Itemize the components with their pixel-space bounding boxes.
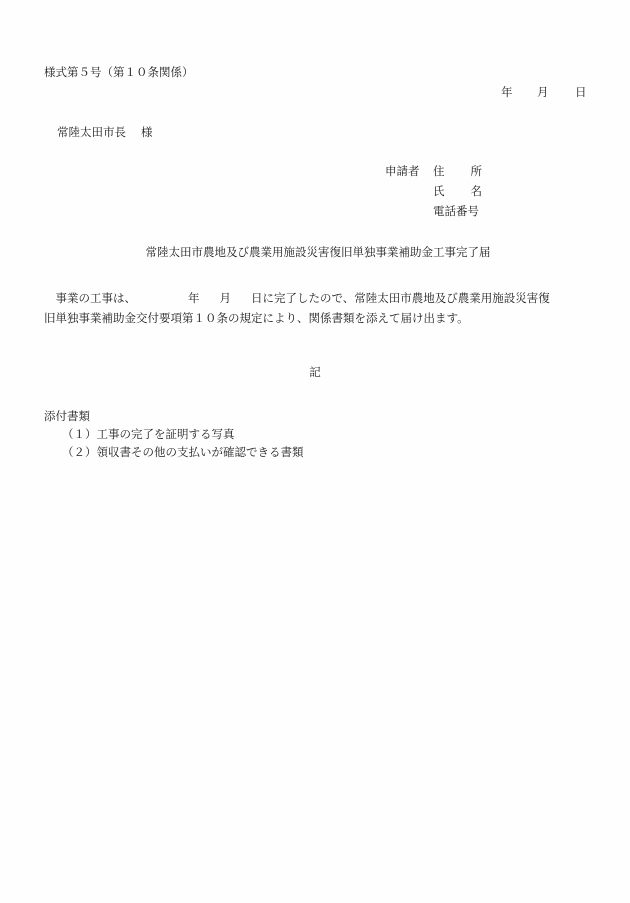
- body-suffix: 日に完了したので、常陸太田市農地及び農業用施設災害復: [251, 291, 550, 305]
- applicant-label: 申請者: [385, 166, 420, 178]
- name-label-char-2: 名: [471, 186, 483, 198]
- body-year-label: 年: [188, 291, 200, 305]
- body-paragraph: 事業の工事は、年月日に完了したので、常陸太田市農地及び農業用施設災害復 旧単独事…: [44, 288, 594, 328]
- addressee-name: 常陸太田市長: [57, 125, 126, 139]
- ki-text: 記: [309, 365, 321, 379]
- name-label-char-1: 氏: [433, 186, 445, 198]
- date-year-label: 年: [501, 87, 513, 99]
- body-line-1: 事業の工事は、年月日に完了したので、常陸太田市農地及び農業用施設災害復: [44, 288, 594, 308]
- address-field-label: 住 所: [433, 166, 483, 178]
- address-label-char-2: 所: [471, 166, 483, 178]
- phone-field-label: 電話番号: [433, 206, 483, 218]
- document-title: 常陸太田市農地及び農業用施設災害復旧単独事業補助金工事完了届: [0, 247, 630, 259]
- attachments-section: 添付書類 （１）工事の完了を証明する写真 （２）領収書その他の支払いが確認できる…: [44, 407, 304, 461]
- date-month-label: 月: [537, 87, 549, 99]
- attachment-item-1: （１）工事の完了を証明する写真: [44, 425, 304, 443]
- ki-heading: 記: [0, 367, 630, 379]
- address-label-char-1: 住: [433, 166, 445, 178]
- document-page: 様式第５号（第１０条関係） 年 月 日 常陸太田市長様 申請者 住 所 氏 名 …: [0, 0, 630, 903]
- applicant-block: 申請者 住 所 氏 名 電話番号: [385, 166, 505, 226]
- date-line: 年 月 日: [0, 87, 630, 101]
- attachments-heading: 添付書類: [44, 407, 304, 425]
- addressee-honorific: 様: [141, 125, 153, 139]
- name-field-label: 氏 名: [433, 186, 483, 198]
- phone-label: 電話番号: [433, 204, 479, 218]
- date-day-label: 日: [575, 87, 587, 99]
- attachment-item-2: （２）領収書その他の支払いが確認できる書類: [44, 443, 304, 461]
- form-number: 様式第５号（第１０条関係）: [44, 67, 194, 79]
- body-line-2: 旧単独事業補助金交付要項第１０条の規定により、関係書類を添えて届け出ます。: [44, 308, 594, 328]
- addressee: 常陸太田市長様: [57, 127, 153, 139]
- body-month-label: 月: [220, 291, 232, 305]
- body-prefix: 事業の工事は、: [56, 291, 137, 305]
- document-title-text: 常陸太田市農地及び農業用施設災害復旧単独事業補助金工事完了届: [146, 245, 491, 259]
